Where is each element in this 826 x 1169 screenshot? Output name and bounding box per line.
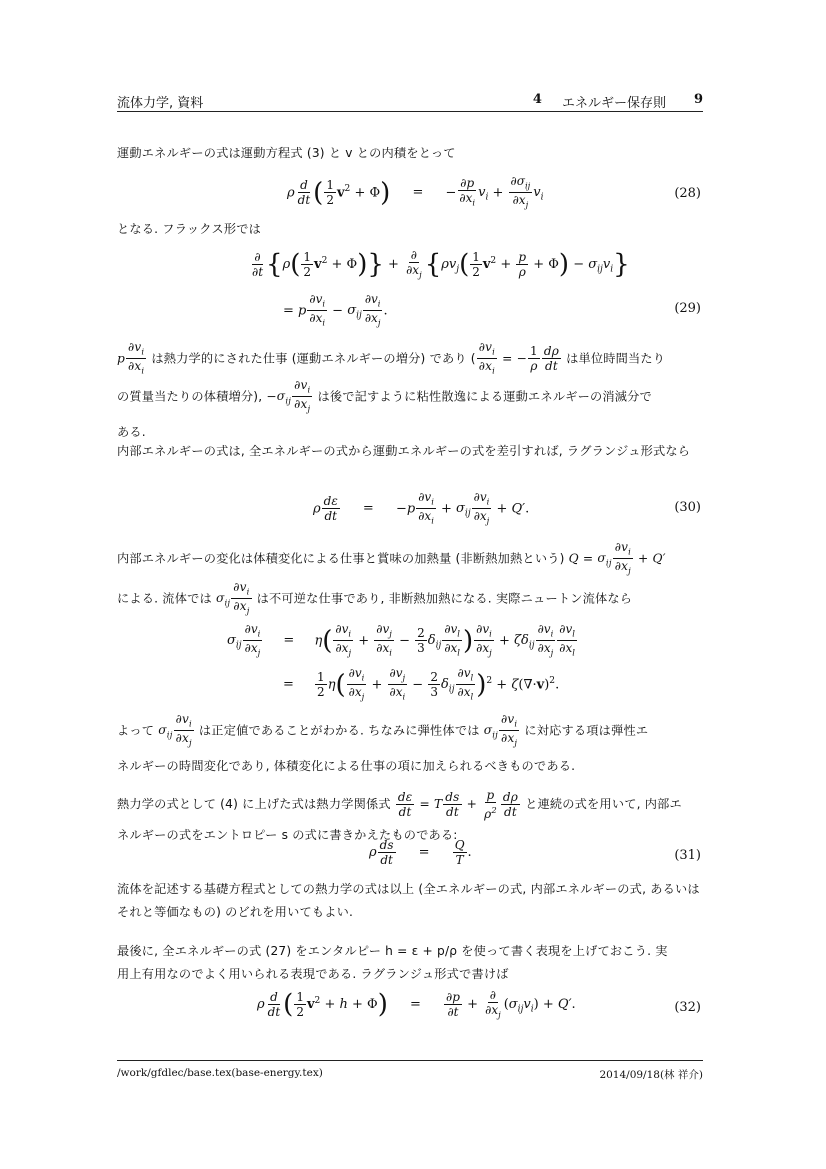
section-number: 4: [533, 92, 542, 111]
date-author: 2014/09/18(林 祥介): [599, 1067, 703, 1082]
paragraph: 内部エネルギーの式は, 全エネルギーの式から運動エネルギーの式を差引すれば, ラ…: [117, 440, 703, 463]
paragraph-text: 内部エネルギーの変化は体積変化による仕事と賞味の加熱量 (非断熱加熱という): [117, 551, 565, 565]
document-page: 流体力学, 資料 4 エネルギー保存則 9 運動エネルギーの式は運動方程式 (3…: [117, 0, 703, 1169]
paragraph-text: ある.: [117, 425, 146, 439]
running-header: 流体力学, 資料 4 エネルギー保存則 9: [117, 92, 703, 112]
paragraph: となる. フラックス形では: [117, 218, 703, 241]
paragraph: 最後に, 全エネルギーの式 (27) をエンタルピー h = ε + p/ρ を…: [117, 940, 703, 986]
equation-body-line2: = 12η(∂vi∂xj + ∂vj∂xi − 23δij∂vl∂xl)2 + …: [283, 666, 559, 704]
equation-30: ρdεdt = −p∂vi∂xi + σij∂vi∂xj + Q′. (30): [117, 490, 703, 530]
paragraph: 流体を記述する基礎方程式としての熱力学の式は以上 (全エネルギーの式, 内部エネ…: [117, 878, 703, 924]
equation-body: ρdεdt = −p∂vi∂xi + σij∂vi∂xj + Q′.: [313, 490, 529, 528]
equation-body: ρddt(12v2 + Φ) = −∂p∂xivi + ∂σij∂xjvi: [287, 174, 544, 212]
paragraph-text: となる. フラックス形では: [117, 222, 261, 236]
section-heading: 4 エネルギー保存則 9: [533, 92, 703, 111]
equation-number: (30): [674, 500, 701, 515]
equation-31: ρdsdt = QT. (31): [117, 838, 703, 878]
paragraph-text: による. 流体では: [117, 591, 212, 605]
equation-29: ∂∂t{ρ(12v2 + Φ)} + ∂∂xj{ρvj(12v2 + pρ + …: [117, 246, 703, 330]
paragraph-text: と連続の式を用いて, 内部エ: [525, 797, 682, 811]
paragraph: p∂vi∂xi は熱力学的にされた仕事 (運動エネルギーの増分) であり (∂v…: [117, 340, 703, 447]
header-rule: [117, 111, 703, 112]
paragraph-text: 運動エネルギーの式は運動方程式 (3) と v との内積をとって: [117, 146, 456, 160]
equation-body-line1: ∂∂t{ρ(12v2 + Φ)} + ∂∂xj{ρvj(12v2 + pρ + …: [249, 248, 630, 281]
paragraph-text: 最後に, 全エネルギーの式 (27) をエンタルピー h = ε + p/ρ を…: [117, 944, 668, 958]
section-title: エネルギー保存則: [562, 92, 666, 111]
paragraph-text: は後で記すように粘性散逸による運動エネルギーの消滅分で: [317, 389, 651, 403]
paragraph: よって σij∂vi∂xj は正定値であることがわかる. ちなみに弾性体では σ…: [117, 712, 703, 781]
source-path: /work/gfdlec/base.tex(base-energy.tex): [117, 1067, 323, 1079]
paragraph-text: 流体を記述する基礎方程式としての熱力学の式は以上 (全エネルギーの式, 内部エネ…: [117, 882, 700, 919]
equation-number: (31): [674, 848, 701, 863]
paragraph-text: ネルギーの時間変化であり, 体積変化による仕事の項に加えられるべきものである.: [117, 759, 575, 773]
paragraph: 内部エネルギーの変化は体積変化による仕事と賞味の加熱量 (非断熱加熱という) Q…: [117, 540, 703, 620]
paragraph-text: 用上有用なのでよく用いられる表現である. ラグランジュ形式で書けば: [117, 967, 509, 981]
equation-viscous-dissipation: σij∂vi∂xj = η(∂vi∂xj + ∂vj∂xi − 23δij∂vl…: [117, 620, 703, 710]
equation-28: ρddt(12v2 + Φ) = −∂p∂xivi + ∂σij∂xjvi (2…: [117, 172, 703, 216]
paragraph-text: よって: [117, 723, 154, 737]
equation-number: (32): [674, 1000, 701, 1015]
equation-32: ρddt(12v2 + h + Φ) = ∂p∂t + ∂∂xj(σijvi) …: [117, 986, 703, 1030]
document-title: 流体力学, 資料: [117, 92, 203, 111]
page-number: 9: [694, 92, 703, 111]
equation-body-line2: = p∂vi∂xi − σij∂vi∂xj.: [283, 292, 388, 330]
equation-number: (29): [674, 301, 701, 316]
paragraph-text: は熱力学的にされた仕事 (運動エネルギーの増分) であり (: [151, 351, 475, 365]
paragraph-text: 内部エネルギーの式は, 全エネルギーの式から運動エネルギーの式を差引すれば, ラ…: [117, 444, 690, 458]
paragraph-text: は正定値であることがわかる. ちなみに弾性体では: [199, 723, 480, 737]
footer-rule: [117, 1060, 703, 1061]
paragraph-text: の質量当たりの体積増分),: [117, 389, 262, 403]
equation-body-line1: σij∂vi∂xj = η(∂vi∂xj + ∂vj∂xi − 23δij∂vl…: [227, 622, 578, 660]
equation-number: (28): [674, 186, 701, 201]
paragraph-text: 熱力学の式として (4) に上げた式は熱力学関係式: [117, 797, 391, 811]
paragraph-text: に対応する項は弾性エ: [524, 723, 648, 737]
equation-body: ρdsdt = QT.: [369, 838, 472, 867]
equation-body: ρddt(12v2 + h + Φ) = ∂p∂t + ∂∂xj(σijvi) …: [257, 988, 576, 1021]
paragraph: 運動エネルギーの式は運動方程式 (3) と v との内積をとって: [117, 142, 703, 165]
paragraph-text: は単位時間当たり: [566, 351, 665, 365]
paragraph-text: は不可逆な仕事であり, 非断熱加熱になる. 実際ニュートン流体なら: [257, 591, 633, 605]
